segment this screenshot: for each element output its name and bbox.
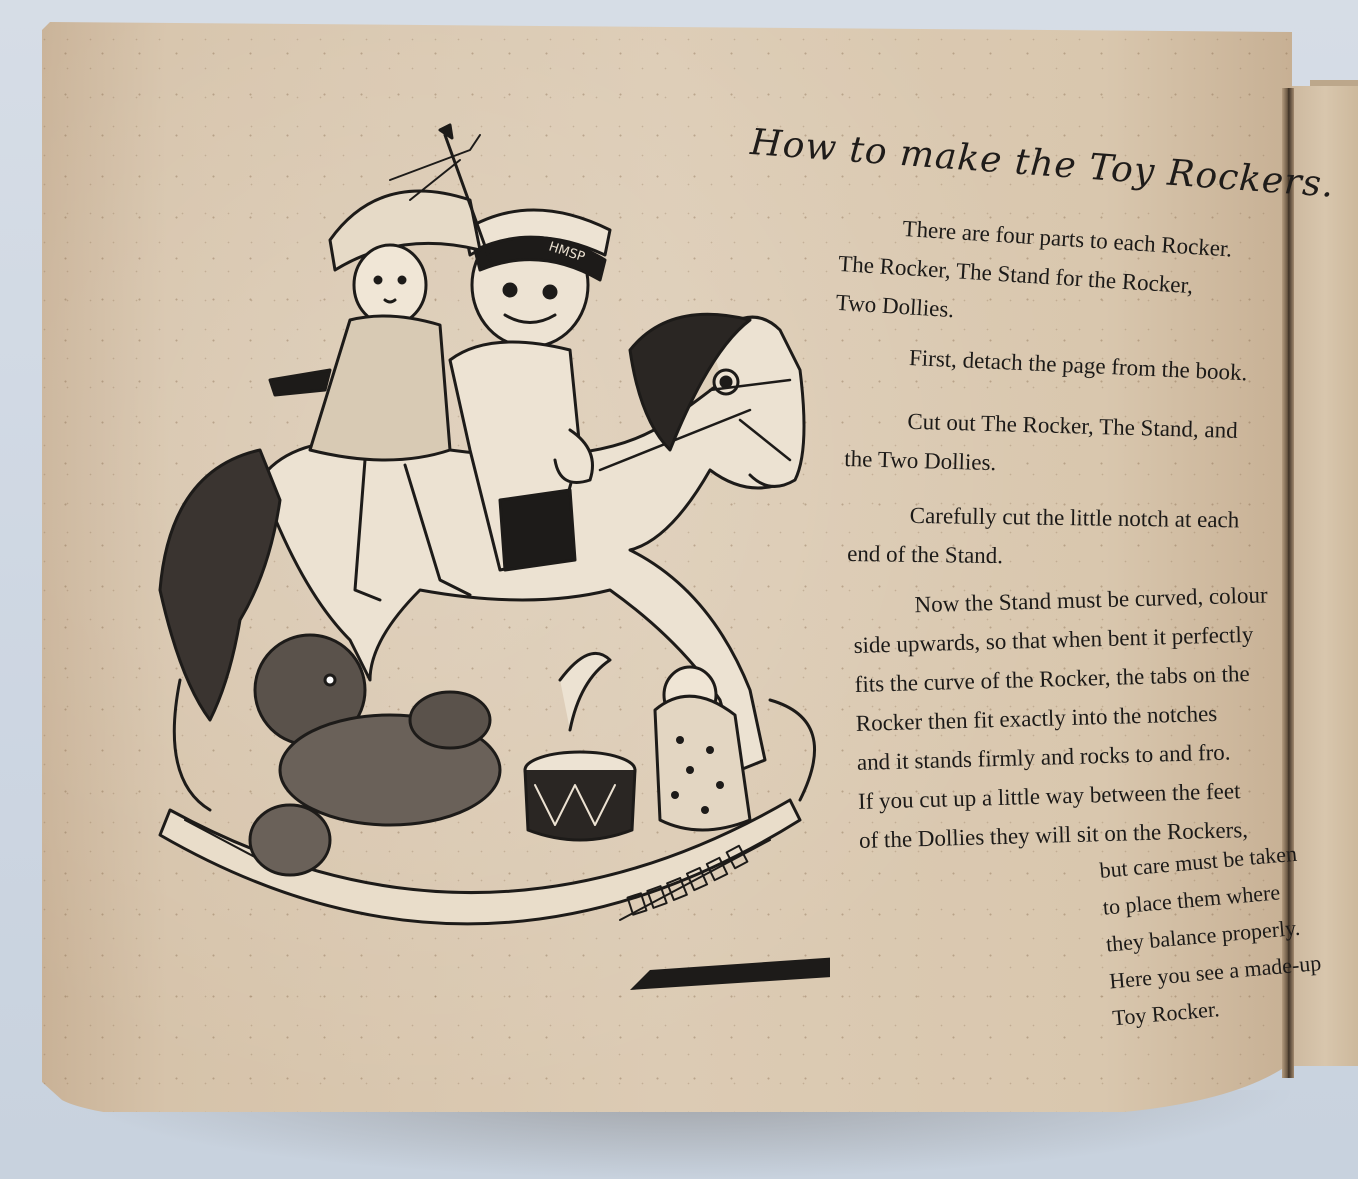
paragraph-intro: There are four parts to each Rocker. The… [835,205,1234,346]
rocking-horse-drawing-icon: HMSP [150,120,830,1000]
paragraph-curve: Now the Stand must be curved, colour sid… [852,575,1275,859]
paragraph-cut-out: Cut out The Rocker, The Stand, and the T… [844,400,1238,489]
paragraph-notch: Carefully cut the little notch at each e… [847,495,1240,578]
rocking-horse-illustration: HMSP [150,120,830,1000]
text-line: end of the Stand. [847,534,1239,578]
text-line: Carefully cut the little notch at each [847,495,1239,539]
paragraph-balance: but care must be taken to place them whe… [1098,833,1326,1036]
